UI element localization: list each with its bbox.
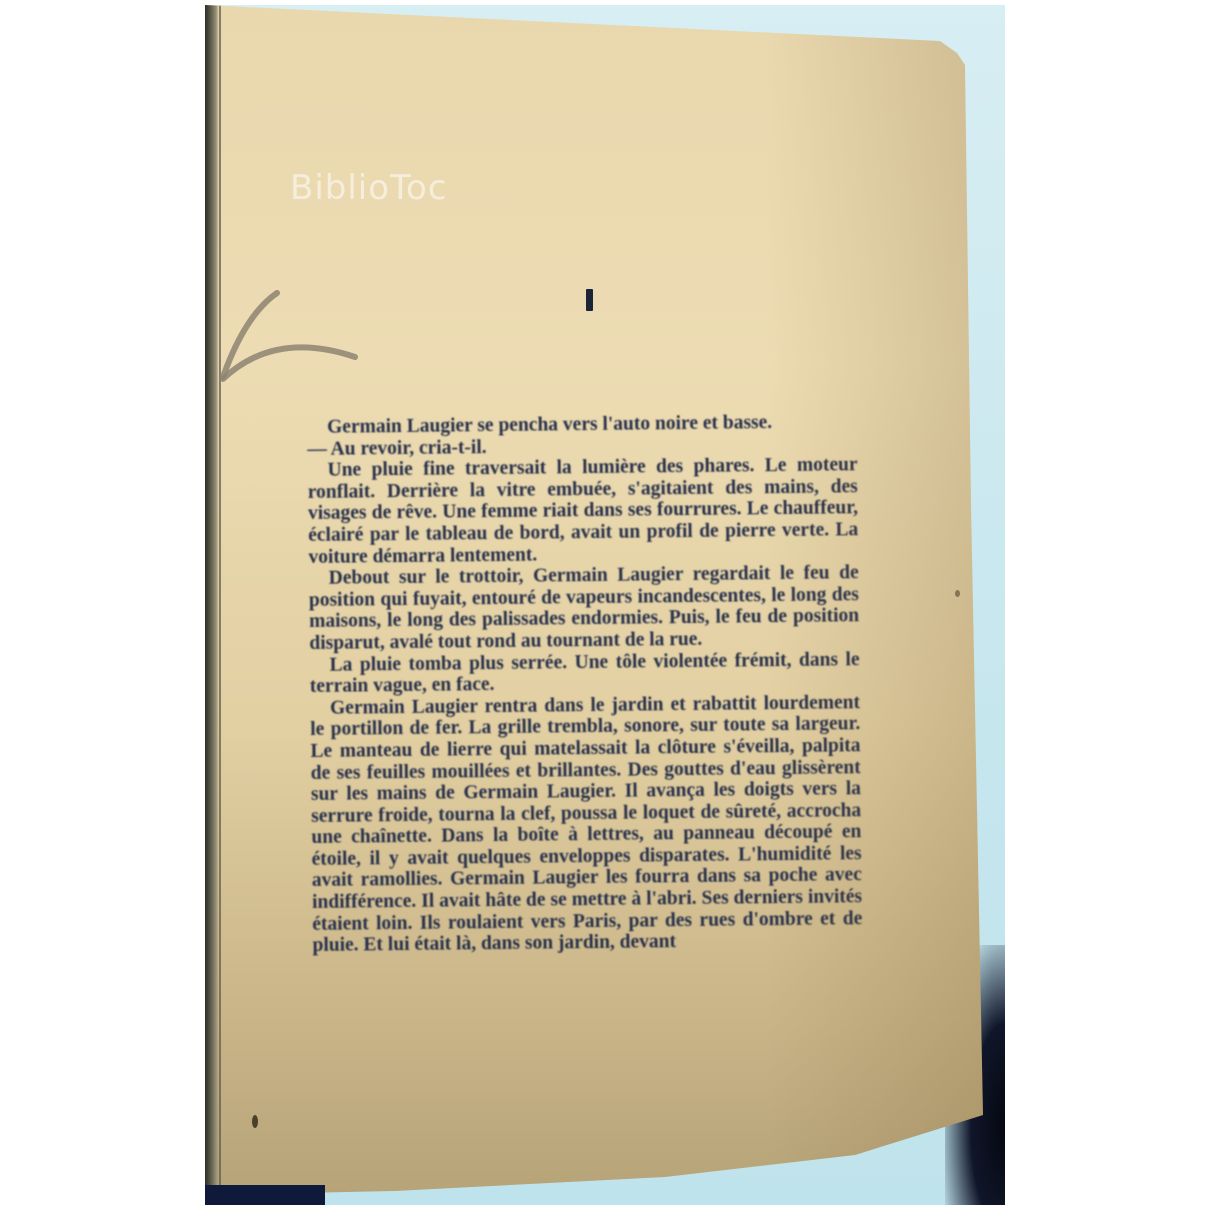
- watermark: BiblioToc: [290, 168, 448, 208]
- binding-line: [219, 5, 221, 1195]
- paragraph: Une pluie fine traversait la lumière des…: [307, 454, 858, 568]
- paragraph: — Au revoir, cria-t-il.: [307, 433, 857, 460]
- paragraph: Germain Laugier se pencha vers l'auto no…: [307, 411, 857, 438]
- body-text: Germain Laugier se pencha vers l'auto no…: [307, 411, 863, 957]
- chapter-number: [586, 289, 593, 311]
- paper-stain: [955, 590, 960, 597]
- book-photo: BiblioToc Germain Laugier se pencha vers…: [205, 5, 1005, 1205]
- book-page: BiblioToc Germain Laugier se pencha vers…: [205, 5, 1005, 1205]
- paper-stain: [252, 1115, 258, 1128]
- paragraph: La pluie tomba plus serrée. Une tôle vio…: [309, 649, 859, 698]
- paragraph: Debout sur le trottoir, Germain Laugier …: [309, 562, 860, 654]
- book-spine: [205, 5, 219, 1205]
- paragraph: Germain Laugier rentra dans le jardin et…: [310, 692, 863, 957]
- binding-thread: [215, 275, 365, 395]
- cover-edge: [205, 1185, 325, 1205]
